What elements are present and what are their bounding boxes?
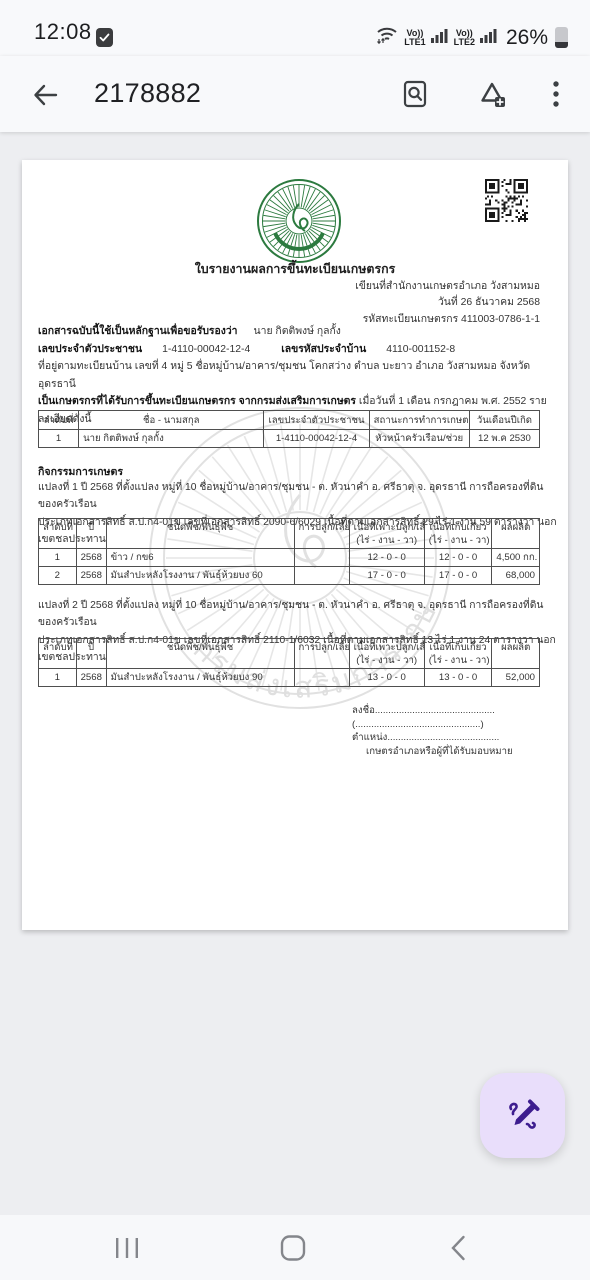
column-header: เนื้อที่เพาะปลูก/เลี้ยง(ไร่ - งาน - วา) — [349, 639, 424, 669]
clock: 12:08 — [34, 19, 92, 45]
column-header: วันเดือนปีเกิด — [469, 411, 539, 430]
annotate-pen-icon — [503, 1096, 543, 1136]
column-header: การปลูก/เลี้ยง — [294, 519, 349, 549]
document-viewer[interactable]: กรมส่งเสริมการเกษตร — [0, 132, 590, 1215]
table-row: 12568ข้าว / กข612 - 0 - 012 - 0 - 04,500… — [39, 549, 540, 567]
column-header: ปี — [76, 519, 106, 549]
status-bar: 12:08 Vo)) LTE1 Vo)) LTE2 — [0, 0, 590, 56]
report-title: ใบรายงานผลการขึ้นทะเบียนเกษตรกร — [22, 260, 568, 279]
citizen-id: 1-4110-00042-12-4 — [162, 344, 250, 355]
date-line: วันที่ 26 ธันวาคม 2568 — [355, 295, 540, 311]
column-header: เลขประจำตัวประชาชน — [264, 411, 369, 430]
written-at: เขียนที่สำนักงานเกษตรอำเภอ วังสามหมอ — [355, 279, 540, 295]
house-code: 4110-001152-8 — [386, 344, 455, 355]
navigation-bar — [0, 1215, 590, 1280]
person-table: ลำดับที่ชื่อ - นามสกุลเลขประจำตัวประชาชน… — [38, 410, 540, 448]
column-header: เนื้อที่เก็บเกี่ยว(ไร่ - งาน - วา) — [424, 639, 492, 669]
table-row: 1นาย กิตติพงษ์ กุลกั้ง1-4110-00042-12-4ห… — [39, 430, 540, 448]
annotate-fab-button[interactable] — [480, 1073, 565, 1158]
column-header: ลำดับที่ — [39, 411, 79, 430]
column-header: ปี — [76, 639, 106, 669]
volte2-label: Vo)) LTE2 — [454, 29, 475, 47]
farmer-name: นาย กิตติพงษ์ กุลกั้ง — [254, 326, 341, 337]
column-header: เนื้อที่เก็บเกี่ยว(ไร่ - งาน - วา) — [424, 519, 492, 549]
header-right-block: เขียนที่สำนักงานเกษตรอำเภอ วังสามหมอ วัน… — [355, 279, 540, 328]
back-button[interactable] — [26, 76, 64, 114]
column-header: ชื่อ - นามสกุล — [79, 411, 264, 430]
plot1-crop-table: ลำดับที่ปีชนิดพืช/พันธุ์พืชการปลูก/เลี้ย… — [38, 518, 540, 585]
document-page: กรมส่งเสริมการเกษตร — [22, 160, 568, 930]
signal-bars-1-icon — [431, 26, 449, 49]
plot2-crop-table: ลำดับที่ปีชนิดพืช/พันธุ์พืชการปลูก/เลี้ย… — [38, 638, 540, 687]
sign-line: ลงชื่อ..................................… — [352, 704, 513, 718]
table-row: 12568มันสำปะหลังโรงงาน / พันธุ์ห้วยบง 90… — [39, 669, 540, 687]
battery-icon — [555, 27, 568, 48]
app-bar: 2178882 — [0, 56, 590, 132]
column-header: ลำดับที่ — [39, 639, 77, 669]
home-button[interactable] — [265, 1223, 321, 1273]
volte1-label: Vo)) LTE1 — [404, 29, 425, 47]
qr-code — [485, 179, 528, 222]
column-header: ลำดับที่ — [39, 519, 77, 549]
column-header: เนื้อที่เพาะปลูก/เลี้ยง(ไร่ - งาน - วา) — [349, 519, 424, 549]
address-line: ที่อยู่ตามทะเบียนบ้าน เลขที่ 4 หมู่ 5 ชื… — [38, 358, 556, 393]
activities-heading: กิจกรรมการเกษตร — [38, 463, 123, 480]
find-in-document-button[interactable] — [395, 74, 435, 114]
notification-check-icon — [96, 28, 113, 47]
recents-button[interactable] — [99, 1223, 155, 1273]
add-to-drive-button[interactable] — [472, 74, 512, 114]
battery-percent: 26% — [506, 26, 548, 50]
column-header: ผลผลิต — [492, 639, 540, 669]
position-line: ตำแหน่ง.................................… — [352, 731, 513, 745]
signal-bars-2-icon — [480, 26, 498, 49]
department-seal — [255, 177, 343, 265]
back-nav-button[interactable] — [430, 1223, 486, 1273]
paren-line: (.......................................… — [352, 718, 513, 732]
overflow-menu-button[interactable] — [536, 74, 576, 114]
column-header: ชนิดพืช/พันธุ์พืช — [106, 519, 294, 549]
signature-block: ลงชื่อ..................................… — [352, 704, 513, 758]
column-header: การปลูก/เลี้ยง — [294, 639, 349, 669]
column-header: ผลผลิต — [492, 519, 540, 549]
wifi-icon — [375, 24, 399, 51]
column-header: ชนิดพืช/พันธุ์พืช — [106, 639, 294, 669]
role-line: เกษตรอำเภอหรือผู้ที่ได้รับมอบหมาย — [366, 745, 513, 759]
table-row: 22568มันสำปะหลังโรงงาน / พันธุ์ห้วยบง 60… — [39, 567, 540, 585]
column-header: สถานะการทำการเกษตร — [369, 411, 469, 430]
document-title: 2178882 — [94, 78, 201, 109]
